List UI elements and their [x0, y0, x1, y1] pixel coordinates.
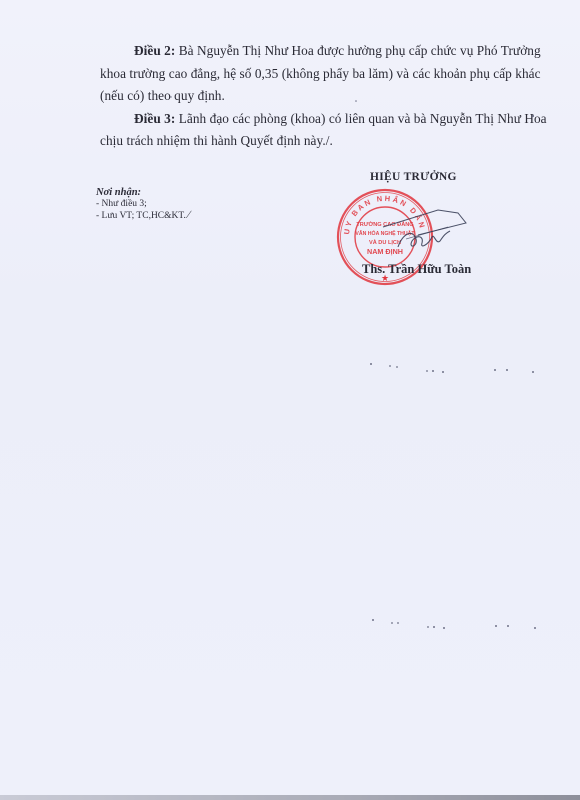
scan-bottom-edge	[0, 795, 580, 800]
article-2-label: Điều 2:	[134, 43, 175, 58]
recipient-item: - Lưu VT; TC,HC&KT.∕	[96, 210, 190, 223]
article-3-line-1: Điều 3: Lãnh đạo các phòng (khoa) có liê…	[134, 111, 547, 127]
article-2-line-3: (nếu có) theo quy định.	[100, 88, 225, 104]
recipients-block: Nơi nhận: - Như điều 3; - Lưu VT; TC,HC&…	[96, 187, 190, 223]
handwritten-signature-icon	[378, 205, 473, 255]
article-2-text-1: Bà Nguyễn Thị Như Hoa được hưởng phụ cấp…	[175, 43, 540, 58]
article-3-line-2: chịu trách nhiệm thi hành Quyết định này…	[100, 133, 333, 149]
article-3-label: Điều 3:	[134, 111, 175, 126]
signer-name: Ths. Trần Hữu Toàn	[362, 262, 471, 277]
article-3-text-1: Lãnh đạo các phòng (khoa) có liên quan v…	[175, 111, 546, 126]
article-2-line-1: Điều 2: Bà Nguyễn Thị Như Hoa được hưởng…	[134, 43, 541, 59]
document-page: Điều 2: Bà Nguyễn Thị Như Hoa được hưởng…	[0, 0, 580, 795]
recipients-title: Nơi nhận:	[96, 187, 190, 199]
recipient-item: - Như điều 3;	[96, 199, 190, 211]
initial-mark-icon: ∕	[188, 209, 190, 221]
article-2-line-2: khoa trường cao đẳng, hệ số 0,35 (không …	[100, 66, 541, 82]
signature-title: HIỆU TRƯỞNG	[370, 171, 457, 183]
